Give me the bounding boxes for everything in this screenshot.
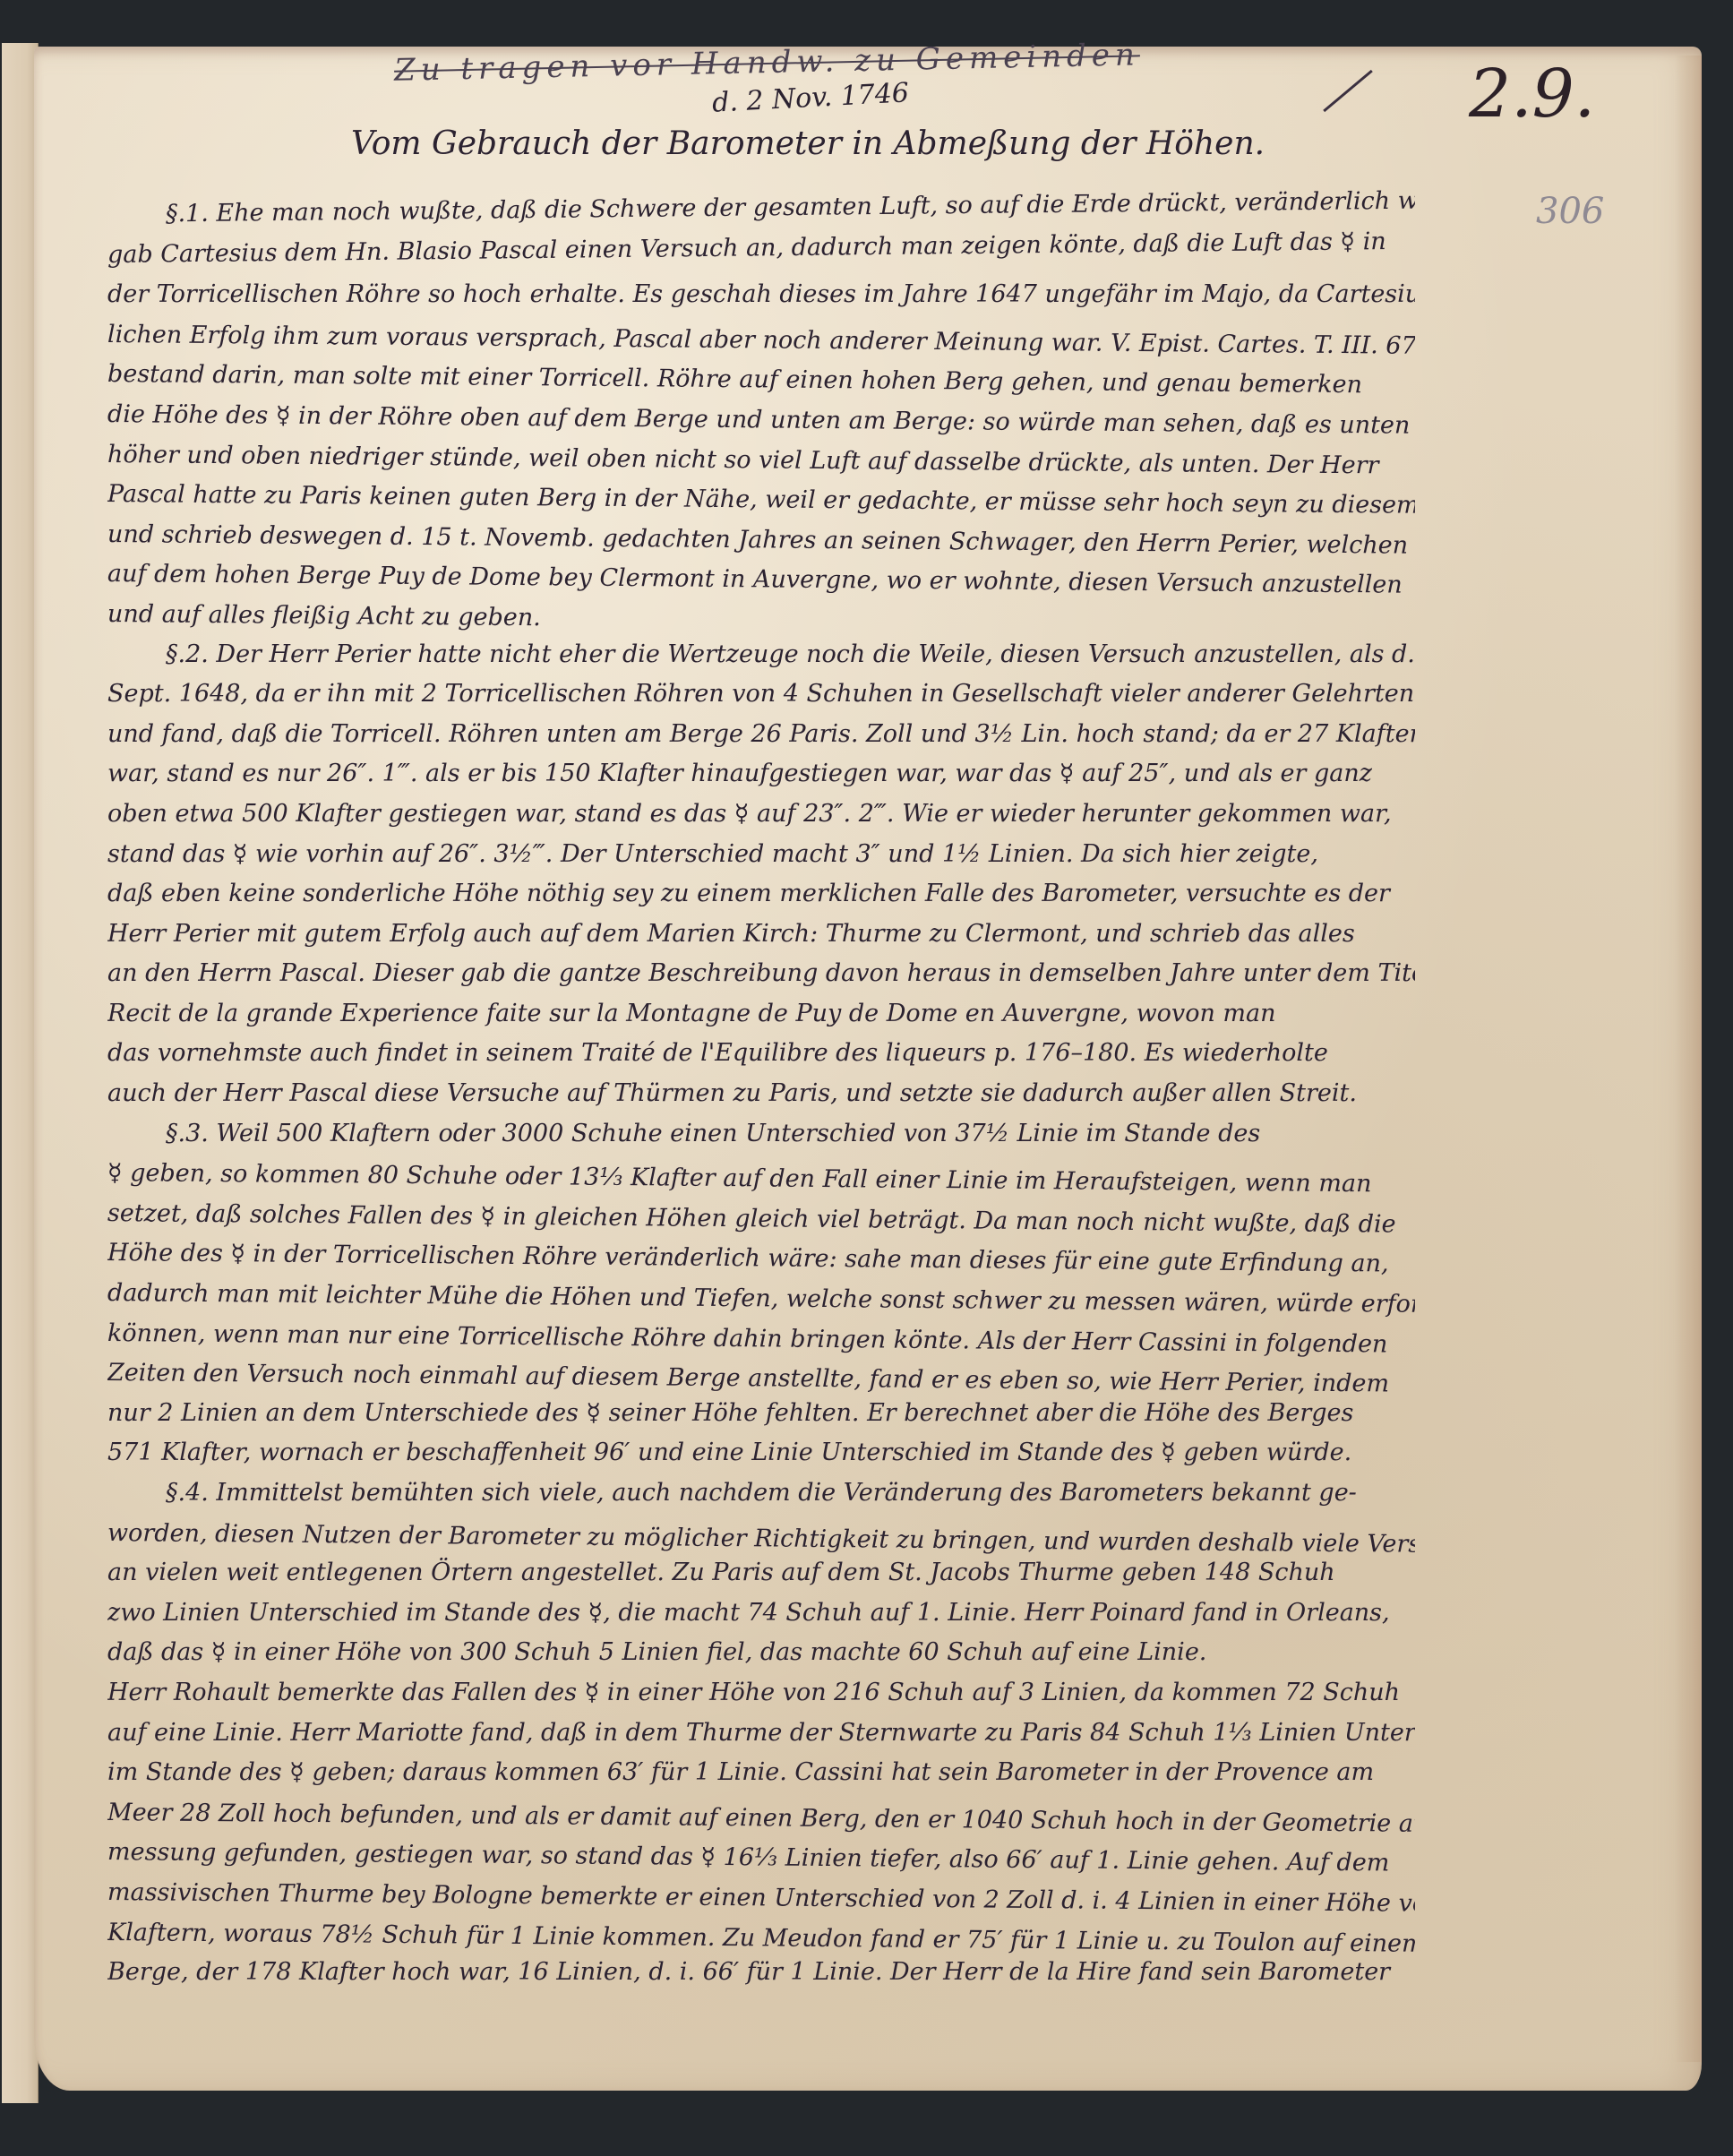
page-title: Vom Gebrauch der Barometer in Abmeßung d…	[351, 125, 1265, 162]
page-edge-shadow	[1675, 56, 1702, 2062]
text-line: daß eben keine sonderliche Höhe nöthig s…	[107, 874, 1415, 915]
text-line: Herr Rohault bemerkte das Fallen des ☿ i…	[107, 1673, 1415, 1714]
text-line: und fand, daß die Torricell. Röhren unte…	[107, 715, 1415, 755]
text-line: stand das ☿ wie vorhin auf 26″. 3½‴. Der…	[107, 835, 1415, 875]
text-line: auf eine Linie. Herr Mariotte fand, daß …	[107, 1714, 1415, 1754]
text-line: im Stande des ☿ geben; daraus kommen 63′…	[107, 1753, 1415, 1793]
text-line: auch der Herr Pascal diese Versuche auf …	[107, 1074, 1415, 1114]
manuscript-body: §.1. Ehe man noch wußte, daß die Schwere…	[107, 195, 1415, 1993]
text-line: war, stand es nur 26″. 1‴. als er bis 15…	[107, 754, 1415, 795]
scan-background: Zu tragen vor Handw. zu Gemeinden d. 2 N…	[0, 0, 1733, 2156]
text-line: §.3. Weil 500 Klaftern oder 3000 Schuhe …	[107, 1114, 1415, 1155]
text-line: an den Herrn Pascal. Dieser gab die gant…	[107, 954, 1415, 994]
text-line: der Torricellischen Röhre so hoch erhalt…	[107, 275, 1415, 315]
text-line: §.4. Immittelst bemühten sich viele, auc…	[107, 1473, 1415, 1514]
folio-number: 2.9.	[1469, 56, 1595, 133]
text-line: oben etwa 500 Klafter gestiegen war, sta…	[107, 795, 1415, 835]
text-line: das vornehmste auch findet in seinem Tra…	[107, 1034, 1415, 1074]
text-line: zwo Linien Unterschied im Stande des ☿, …	[107, 1593, 1415, 1634]
previous-leaf-edge	[2, 43, 39, 2103]
text-line: Herr Perier mit gutem Erfolg auch auf de…	[107, 915, 1415, 955]
text-line: Sept. 1648, da er ihn mit 2 Torricellisc…	[107, 674, 1415, 715]
text-line: daß das ☿ in einer Höhe von 300 Schuh 5 …	[107, 1633, 1415, 1673]
text-line: Recit de la grande Experience faite sur …	[107, 994, 1415, 1035]
archive-page-number: 306	[1536, 191, 1604, 232]
text-line: 571 Klafter, wornach er beschaffenheit 9…	[107, 1433, 1415, 1473]
